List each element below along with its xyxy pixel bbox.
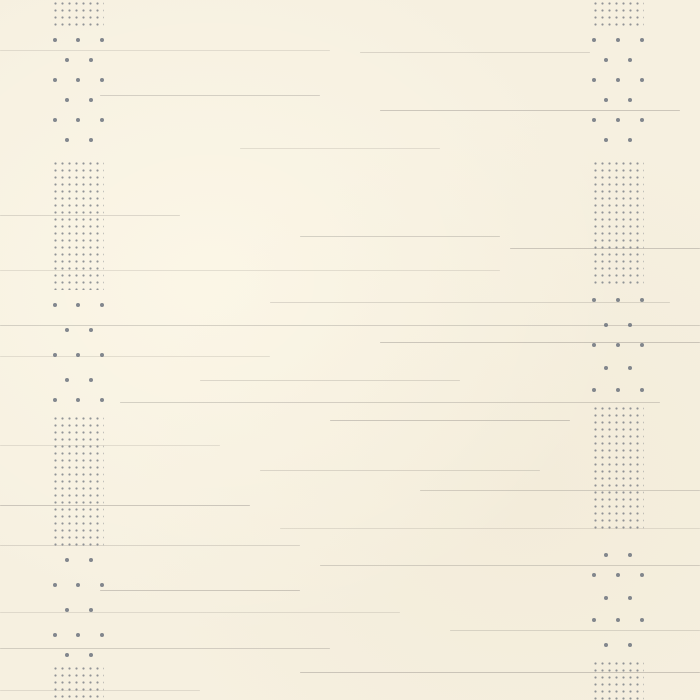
diamond-dot-left — [100, 118, 104, 122]
diamond-dot-right — [640, 38, 644, 42]
horizontal-streak — [0, 612, 400, 613]
diamond-dot-right — [592, 388, 596, 392]
dot-grid-block-right — [592, 405, 644, 530]
horizontal-streak — [450, 630, 700, 631]
diamond-dot-right — [640, 343, 644, 347]
diamond-dot-right — [592, 573, 596, 577]
diamond-dot-left — [89, 138, 93, 142]
horizontal-streak — [360, 52, 590, 53]
diamond-dot-left — [53, 118, 57, 122]
horizontal-streak — [0, 648, 330, 649]
horizontal-streak — [120, 402, 660, 403]
diamond-dot-left — [100, 353, 104, 357]
diamond-dot-right — [592, 118, 596, 122]
diamond-dot-left — [76, 78, 80, 82]
dot-grid-block-right — [592, 160, 644, 285]
diamond-dot-left — [89, 608, 93, 612]
diamond-dot-right — [616, 618, 620, 622]
diamond-dot-right — [604, 58, 608, 62]
horizontal-streak — [330, 420, 570, 421]
diamond-dot-right — [628, 643, 632, 647]
diamond-dot-right — [640, 298, 644, 302]
diamond-dot-right — [592, 38, 596, 42]
horizontal-streak — [0, 325, 700, 326]
dot-grid-block-right — [592, 0, 644, 30]
diamond-dot-left — [100, 78, 104, 82]
diamond-dot-right — [604, 323, 608, 327]
horizontal-streak — [380, 110, 680, 111]
diamond-dot-left — [65, 558, 69, 562]
diamond-dot-left — [53, 583, 57, 587]
diamond-dot-right — [640, 573, 644, 577]
horizontal-streak — [300, 236, 500, 237]
diamond-dot-left — [65, 98, 69, 102]
diamond-dot-right — [616, 298, 620, 302]
diamond-dot-right — [628, 366, 632, 370]
horizontal-streak — [420, 490, 700, 491]
diamond-dot-right — [592, 343, 596, 347]
diamond-dot-right — [640, 78, 644, 82]
diamond-dot-right — [604, 553, 608, 557]
dot-grid-block-left — [52, 160, 104, 290]
horizontal-streak — [0, 545, 300, 546]
horizontal-streak — [0, 50, 330, 51]
diamond-dot-left — [53, 398, 57, 402]
diamond-dot-left — [65, 608, 69, 612]
diamond-dot-right — [604, 596, 608, 600]
diamond-dot-left — [89, 378, 93, 382]
diamond-dot-left — [53, 353, 57, 357]
diamond-dot-right — [628, 58, 632, 62]
diamond-dot-right — [640, 388, 644, 392]
diamond-dot-right — [628, 553, 632, 557]
diamond-dot-left — [100, 303, 104, 307]
diamond-dot-left — [53, 78, 57, 82]
diamond-dot-left — [89, 328, 93, 332]
horizontal-streak — [320, 565, 700, 566]
diamond-dot-left — [76, 303, 80, 307]
diamond-dot-left — [76, 353, 80, 357]
diamond-dot-left — [89, 98, 93, 102]
diamond-dot-left — [89, 653, 93, 657]
horizontal-streak — [240, 148, 440, 149]
diamond-dot-left — [76, 38, 80, 42]
dot-grid-block-left — [52, 0, 104, 30]
horizontal-streak — [0, 445, 220, 446]
horizontal-streak — [380, 342, 700, 343]
diamond-dot-left — [100, 583, 104, 587]
diamond-dot-left — [89, 58, 93, 62]
horizontal-streak — [100, 590, 300, 591]
horizontal-streak — [0, 505, 250, 506]
horizontal-streak — [0, 356, 270, 357]
diamond-dot-left — [100, 38, 104, 42]
diamond-dot-right — [616, 38, 620, 42]
horizontal-streak — [200, 380, 460, 381]
diamond-dot-left — [100, 398, 104, 402]
diamond-dot-right — [616, 78, 620, 82]
horizontal-streak — [270, 302, 670, 303]
diamond-dot-right — [592, 618, 596, 622]
dot-grid-block-left — [52, 665, 104, 700]
diamond-dot-left — [65, 653, 69, 657]
diamond-dot-right — [592, 298, 596, 302]
diamond-dot-left — [53, 38, 57, 42]
diamond-dot-right — [604, 643, 608, 647]
diamond-dot-right — [604, 366, 608, 370]
diamond-dot-right — [628, 138, 632, 142]
rug-texture-image — [0, 0, 700, 700]
diamond-dot-right — [604, 138, 608, 142]
diamond-dot-left — [76, 118, 80, 122]
diamond-dot-right — [640, 618, 644, 622]
diamond-dot-right — [628, 596, 632, 600]
horizontal-streak — [260, 470, 540, 471]
diamond-dot-right — [628, 98, 632, 102]
diamond-dot-left — [53, 633, 57, 637]
diamond-dot-left — [65, 138, 69, 142]
diamond-dot-right — [592, 78, 596, 82]
dot-grid-block-right — [592, 660, 644, 700]
diamond-dot-right — [616, 118, 620, 122]
diamond-dot-left — [76, 583, 80, 587]
diamond-dot-left — [65, 58, 69, 62]
diamond-dot-left — [76, 398, 80, 402]
diamond-dot-left — [65, 378, 69, 382]
horizontal-streak — [100, 95, 320, 96]
diamond-dot-right — [604, 98, 608, 102]
diamond-dot-right — [616, 343, 620, 347]
diamond-dot-left — [53, 303, 57, 307]
dot-grid-block-left — [52, 415, 104, 550]
diamond-dot-left — [65, 328, 69, 332]
diamond-dot-left — [76, 633, 80, 637]
diamond-dot-right — [616, 573, 620, 577]
diamond-dot-right — [640, 118, 644, 122]
diamond-dot-left — [89, 558, 93, 562]
diamond-dot-right — [628, 323, 632, 327]
diamond-dot-right — [616, 388, 620, 392]
diamond-dot-left — [100, 633, 104, 637]
